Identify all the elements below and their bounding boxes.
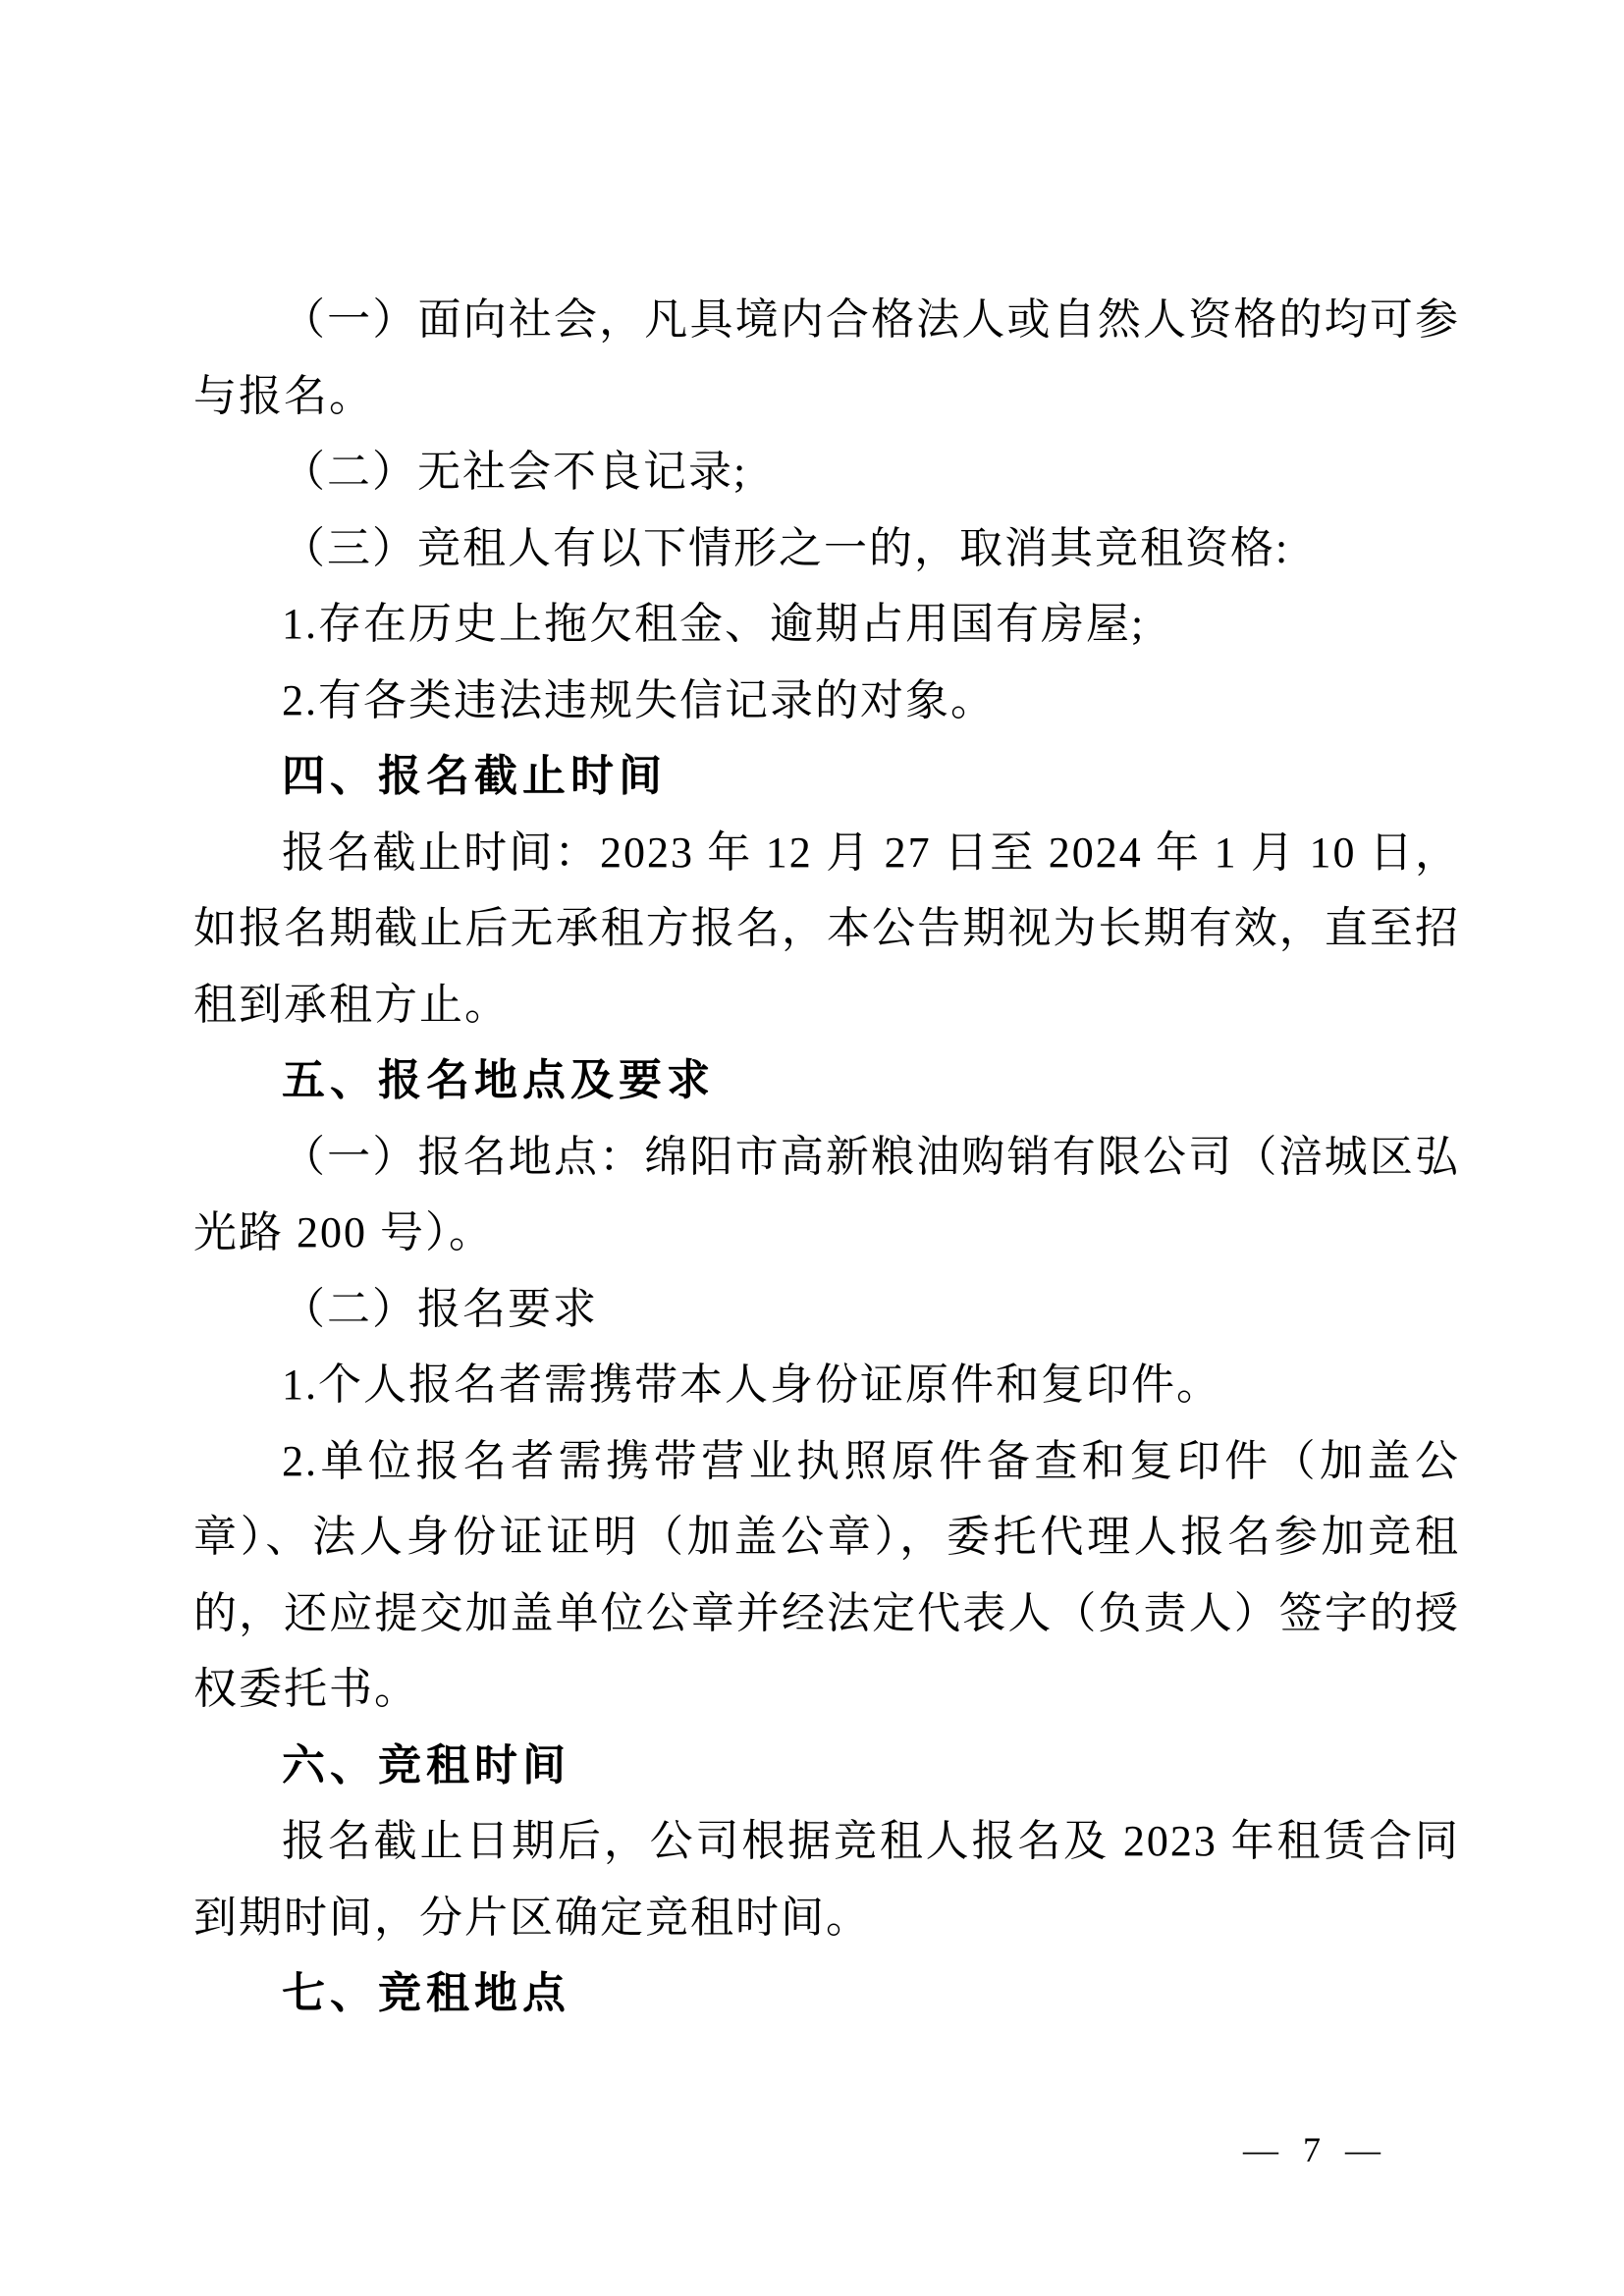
text-line-8: 报名截止时间：2023 年 12 月 27 日至 2024 年 1 月 10 日… (193, 815, 1460, 891)
document-content: （一）面向社会，凡具境内合格法人或自然人资格的均可参与报名。（二）无社会不良记录… (193, 282, 1460, 2032)
text-line-18: 的，还应提交加盖单位公章并经法定代表人（负责人）签字的授 (193, 1575, 1460, 1652)
text-line-10: 租到承租方止。 (193, 967, 1460, 1043)
text-line-22: 到期时间，分片区确定竞租时间。 (193, 1880, 1460, 1956)
text-line-3: （二）无社会不良记录; (193, 434, 1460, 510)
text-line-12: （一）报名地点：绵阳市高新粮油购销有限公司（涪城区弘 (193, 1119, 1460, 1196)
text-line-13: 光路 200 号）。 (193, 1195, 1460, 1271)
text-line-9: 如报名期截止后无承租方报名，本公告期视为长期有效，直至招 (193, 890, 1460, 967)
text-line-11: 五、报名地点及要求 (193, 1042, 1460, 1119)
text-line-23: 七、竞租地点 (193, 1955, 1460, 2032)
text-line-14: （二）报名要求 (193, 1271, 1460, 1348)
text-line-17: 章）、法人身份证证明（加盖公章），委托代理人报名参加竞租 (193, 1499, 1460, 1575)
text-line-5: 1.存在历史上拖欠租金、逾期占用国有房屋; (193, 586, 1460, 663)
text-line-16: 2.单位报名者需携带营业执照原件备查和复印件（加盖公 (193, 1423, 1460, 1500)
text-line-21: 报名截止日期后，公司根据竞租人报名及 2023 年租赁合同 (193, 1803, 1460, 1880)
page-number: — 7 — (1243, 2128, 1388, 2171)
text-line-19: 权委托书。 (193, 1651, 1460, 1728)
text-line-4: （三）竞租人有以下情形之一的，取消其竞租资格: (193, 510, 1460, 587)
text-line-2: 与报名。 (193, 358, 1460, 435)
text-line-20: 六、竞租时间 (193, 1728, 1460, 1804)
text-line-1: （一）面向社会，凡具境内合格法人或自然人资格的均可参 (193, 282, 1460, 358)
text-line-15: 1.个人报名者需携带本人身份证原件和复印件。 (193, 1347, 1460, 1423)
document-page: （一）面向社会，凡具境内合格法人或自然人资格的均可参与报名。（二）无社会不良记录… (0, 0, 1624, 2296)
text-line-7: 四、报名截止时间 (193, 738, 1460, 815)
text-line-6: 2.有各类违法违规失信记录的对象。 (193, 663, 1460, 739)
